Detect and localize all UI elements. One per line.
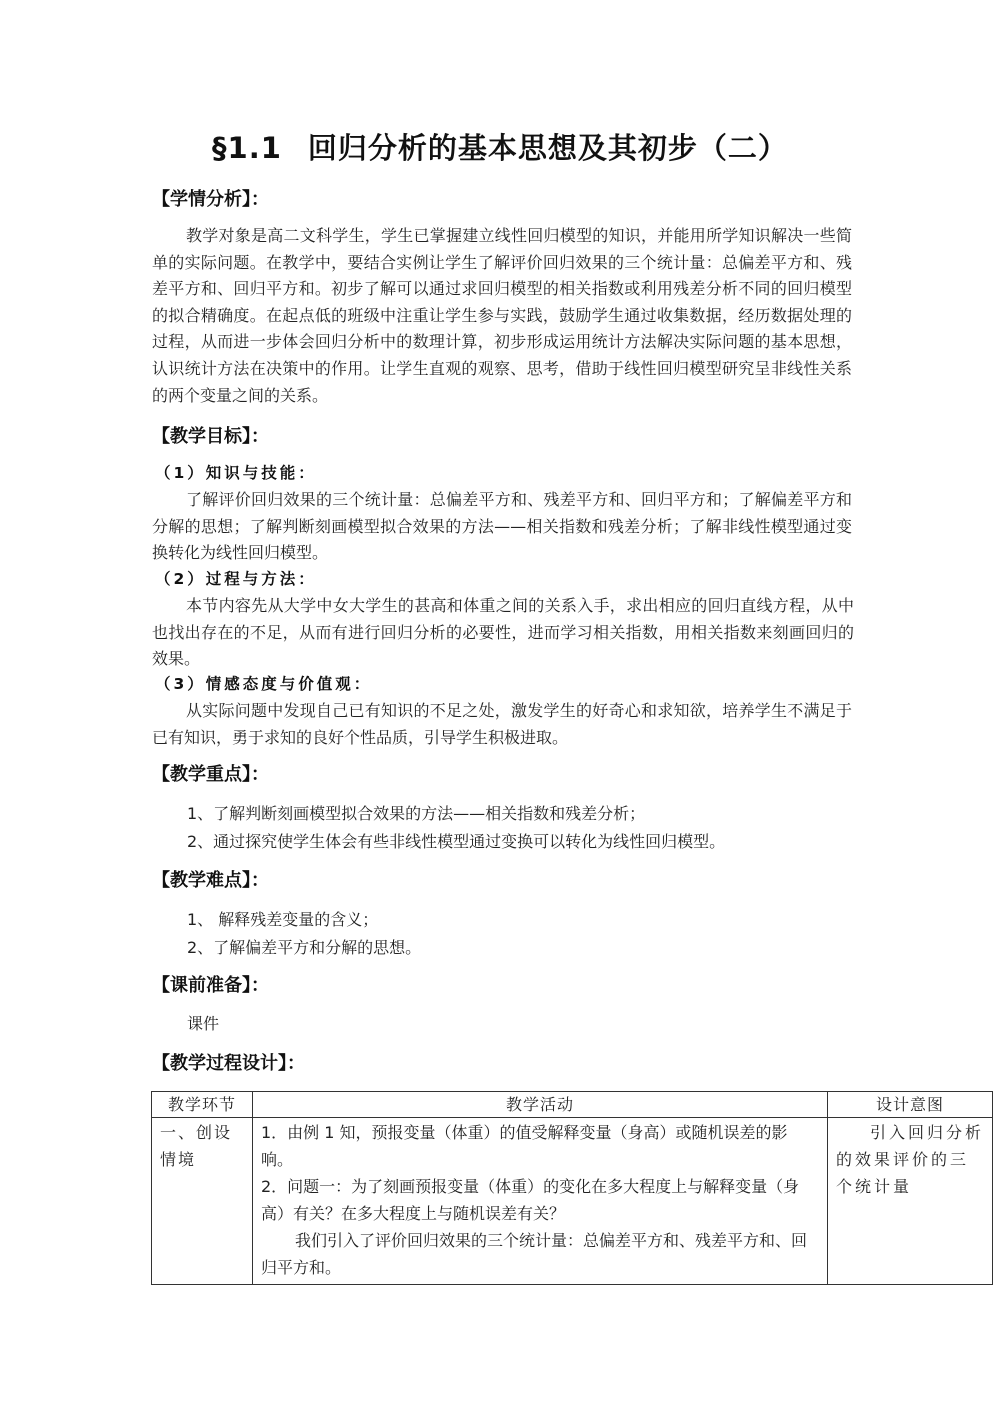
key-point-item: 2、通过探究使学生体会有些非线性模型通过变换可以转化为线性回归模型。	[187, 828, 725, 856]
activity-item: 2．问题一：为了刻画预报变量（体重）的变化在多大程度上与解释变量（身高）有关？在…	[261, 1173, 819, 1227]
heading-teaching-goals: 【教学目标】：	[152, 424, 269, 450]
page-title: §1.1回归分析的基本思想及其初步（二）	[0, 126, 1000, 170]
intent-cell: 引入回归分析的效果评价的三个统计量	[828, 1118, 993, 1285]
goal-attitude-label: （3）情感态度与价值观：	[155, 672, 372, 696]
heading-key-points: 【教学重点】：	[152, 762, 269, 788]
goal-attitude-body: 从实际问题中发现自己已有知识的不足之处，激发学生的好奇心和求知欲，培养学生不满足…	[152, 698, 852, 751]
key-points-list: 1、了解判断刻画模型拟合效果的方法——相关指数和残差分析； 2、通过探究使学生体…	[187, 800, 725, 856]
heading-learning-analysis: 【学情分析】：	[152, 187, 269, 213]
goal-knowledge-label: （1）知识与技能：	[155, 461, 317, 485]
activity-item: 我们引入了评价回归效果的三个统计量：总偏差平方和、残差平方和、回归平方和。	[261, 1227, 819, 1281]
difficulty-item: 2、了解偏差平方和分解的思想。	[187, 934, 421, 962]
heading-difficulties: 【教学难点】：	[152, 868, 269, 894]
activity-item: 1．由例 1 知，预报变量（体重）的值受解释变量（身高）或随机误差的影响。	[261, 1119, 819, 1173]
goal-knowledge-body: 了解评价回归效果的三个统计量：总偏差平方和、残差平方和、回归平方和；了解偏差平方…	[152, 487, 852, 567]
learning-analysis-body: 教学对象是高二文科学生，学生已掌握建立线性回归模型的知识，并能用所学知识解决一些…	[152, 223, 852, 409]
heading-preparation: 【课前准备】：	[152, 973, 269, 999]
difficulty-item: 1、 解释残差变量的含义；	[187, 906, 421, 934]
header-intent: 设计意图	[828, 1092, 993, 1118]
section-number: §1.1	[212, 131, 282, 165]
document-page: §1.1回归分析的基本思想及其初步（二） 【学情分析】： 教学对象是高二文科学生…	[0, 0, 1000, 1414]
table-row: 一、创设情境 1．由例 1 知，预报变量（体重）的值受解释变量（身高）或随机误差…	[152, 1118, 993, 1285]
difficulties-list: 1、 解释残差变量的含义； 2、了解偏差平方和分解的思想。	[187, 906, 421, 962]
table-header-row: 教学环节 教学活动 设计意图	[152, 1092, 993, 1118]
activities-cell: 1．由例 1 知，预报变量（体重）的值受解释变量（身高）或随机误差的影响。 2．…	[253, 1118, 828, 1285]
header-stage: 教学环节	[152, 1092, 253, 1118]
goal-process-label: （2）过程与方法：	[155, 567, 317, 591]
process-design-table: 教学环节 教学活动 设计意图 一、创设情境 1．由例 1 知，预报变量（体重）的…	[151, 1091, 993, 1285]
header-activities: 教学活动	[253, 1092, 828, 1118]
preparation-body: 课件	[187, 1010, 219, 1038]
stage-cell: 一、创设情境	[152, 1118, 253, 1285]
heading-process-design: 【教学过程设计】：	[152, 1051, 305, 1077]
goal-process-body: 本节内容先从大学中女大学生的甚高和体重之间的关系入手，求出相应的回归直线方程，从…	[152, 593, 854, 673]
title-text: 回归分析的基本思想及其初步（二）	[308, 131, 788, 165]
preparation-text: 课件	[187, 1010, 219, 1038]
key-point-item: 1、了解判断刻画模型拟合效果的方法——相关指数和残差分析；	[187, 800, 725, 828]
intent-text: 引入回归分析的效果评价的三个统计量	[836, 1119, 984, 1200]
